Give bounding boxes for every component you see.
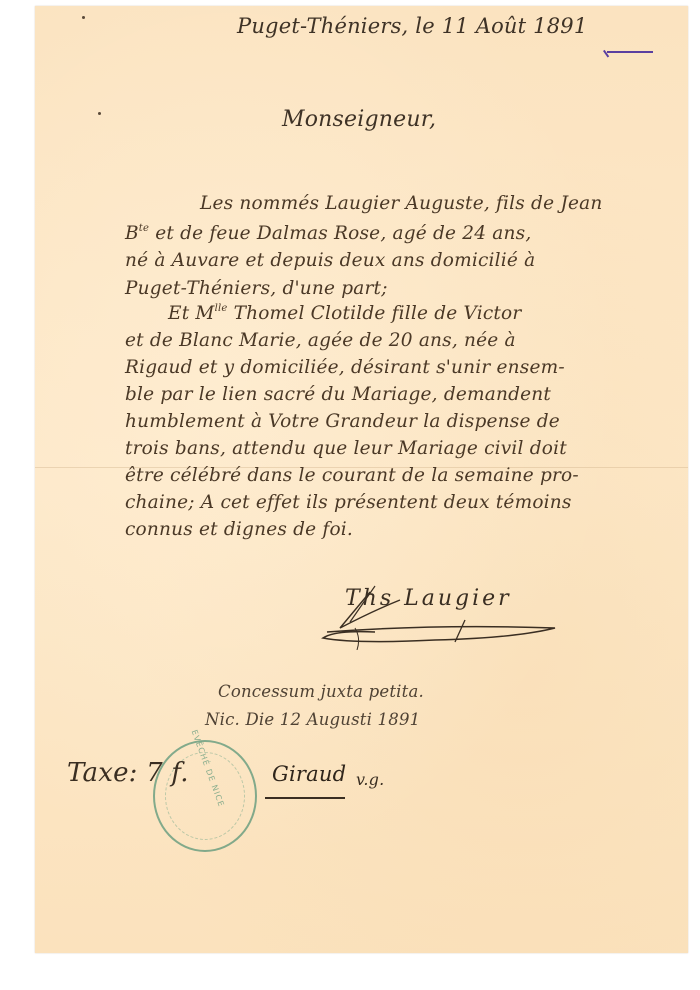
- body-line-1: Les nommés Laugier Auguste, fils de Jean: [200, 193, 602, 214]
- body-line-2-superscript: te: [139, 223, 149, 234]
- body-line-13: connus et dignes de foi.: [125, 519, 353, 540]
- body-line-2-rest: et de feue Dalmas Rose, agé de 24 ans,: [149, 223, 531, 244]
- body-line-8: ble par le lien sacré du Mariage, demand…: [125, 384, 551, 405]
- body-line-3: né à Auvare et depuis deux ans domicilié…: [125, 250, 535, 271]
- tax-note: Taxe: 7 f.: [67, 758, 189, 788]
- paper-speck: [82, 16, 85, 19]
- body-line-5-prefix: Et M: [168, 303, 215, 324]
- body-line-5: Et Mlle Thomel Clotilde fille de Victor: [168, 303, 521, 324]
- body-line-6: et de Blanc Marie, agée de 20 ans, née à: [125, 330, 516, 351]
- body-line-10: trois bans, attendu que leur Mariage civ…: [125, 438, 567, 459]
- body-line-9: humblement à Votre Grandeur la dispense …: [125, 411, 560, 432]
- salutation: Monseigneur,: [282, 107, 436, 132]
- body-line-5-superscript: lle: [215, 303, 228, 314]
- vicar-signature: Giraud: [272, 762, 346, 786]
- approval-annotation-line-1: Concessum juxta petita.: [218, 682, 424, 701]
- dateline: Puget-Théniers, le 11 Août 1891: [237, 14, 587, 38]
- body-line-4: Puget-Théniers, d'une part;: [125, 278, 388, 299]
- vicar-signature-underline: [265, 797, 345, 799]
- paper-speck: [98, 112, 101, 115]
- purple-pencil-mark: [607, 51, 653, 53]
- approval-annotation-line-2: Nic. Die 12 Augusti 1891: [205, 710, 420, 729]
- body-line-12: chaine; A cet effet ils présentent deux …: [125, 492, 572, 513]
- applicant-signature: Ths Laugier: [315, 580, 565, 650]
- body-line-7: Rigaud et y domiciliée, désirant s'unir …: [125, 357, 565, 378]
- body-line-2-prefix: B: [125, 223, 139, 244]
- vicar-title: v.g.: [356, 770, 384, 789]
- body-line-5-rest: Thomel Clotilde fille de Victor: [227, 303, 521, 324]
- body-line-11: être célébré dans le courant de la semai…: [125, 465, 579, 486]
- body-line-2: Bte et de feue Dalmas Rose, agé de 24 an…: [125, 223, 531, 244]
- signature-text: Ths Laugier: [345, 586, 512, 611]
- diocese-seal-stamp: EVÊCHÉ DE NICE: [153, 740, 257, 852]
